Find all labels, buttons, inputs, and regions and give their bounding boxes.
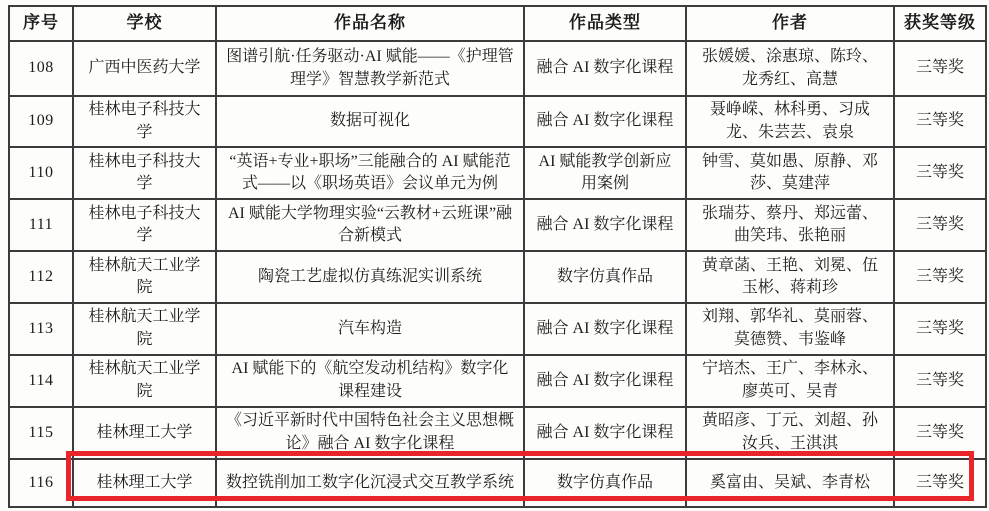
- table-row: 113 桂林航天工业学院 汽车构造 融合 AI 数字化课程 刘翔、郭华礼、莫丽蓉…: [9, 303, 986, 354]
- cell-school: 桂林电子科技大学: [73, 147, 216, 199]
- cell-no: 111: [9, 199, 73, 251]
- cell-authors: 刘翔、郭华礼、莫丽蓉、莫德赞、韦鉴峰: [686, 303, 894, 354]
- cell-type: 融合 AI 数字化课程: [524, 303, 686, 354]
- cell-award: 三等奖: [894, 459, 986, 507]
- cell-title: 数据可视化: [216, 96, 524, 147]
- cell-award: 三等奖: [894, 41, 986, 96]
- cell-award: 三等奖: [894, 96, 986, 147]
- award-list-document: 序号 学校 作品名称 作品类型 作者 获奖等级 108 广西中医药大学 图谱引航…: [0, 0, 989, 511]
- table-row: 116 桂林理工大学 数控铣削加工数字化沉浸式交互教学系统 数字仿真作品 奚富由…: [9, 459, 986, 507]
- cell-authors: 黄章菡、王艳、刘冕、伍玉彬、蒋莉珍: [686, 251, 894, 303]
- cell-award: 三等奖: [894, 147, 986, 199]
- cell-title: AI 赋能大学物理实验“云教材+云班课”融合新模式: [216, 199, 524, 251]
- cell-type: 融合 AI 数字化课程: [524, 41, 686, 96]
- cell-type: 数字仿真作品: [524, 459, 686, 507]
- cell-no: 115: [9, 407, 73, 459]
- cell-type: 融合 AI 数字化课程: [524, 199, 686, 251]
- cell-title: 《习近平新时代中国特色社会主义思想概论》融合 AI 数字化课程: [216, 407, 524, 459]
- table-row: 115 桂林理工大学 《习近平新时代中国特色社会主义思想概论》融合 AI 数字化…: [9, 407, 986, 459]
- cell-award: 三等奖: [894, 199, 986, 251]
- cell-no: 116: [9, 459, 73, 507]
- table-row: 111 桂林电子科技大学 AI 赋能大学物理实验“云教材+云班课”融合新模式 融…: [9, 199, 986, 251]
- cell-authors: 张瑞芬、蔡丹、郑远蕾、曲笑玮、张艳丽: [686, 199, 894, 251]
- cell-title: AI 赋能下的《航空发动机结构》数字化课程建设: [216, 355, 524, 407]
- cell-title: 汽车构造: [216, 303, 524, 354]
- cell-no: 114: [9, 355, 73, 407]
- cell-type: 融合 AI 数字化课程: [524, 96, 686, 147]
- table-body: 108 广西中医药大学 图谱引航·任务驱动·AI 赋能——《护理管理学》智慧教学…: [9, 41, 986, 507]
- cell-school: 桂林航天工业学院: [73, 251, 216, 303]
- cell-no: 113: [9, 303, 73, 354]
- cell-authors: 黄昭彦、丁元、刘超、孙汝兵、王淇淇: [686, 407, 894, 459]
- cell-school: 桂林理工大学: [73, 459, 216, 507]
- header-title: 作品名称: [216, 6, 524, 41]
- cell-authors: 钟雪、莫如愚、原静、邓莎、莫建萍: [686, 147, 894, 199]
- cell-title: “英语+专业+职场”三能融合的 AI 赋能范式——以《职场英语》会议单元为例: [216, 147, 524, 199]
- cell-award: 三等奖: [894, 251, 986, 303]
- table-row: 114 桂林航天工业学院 AI 赋能下的《航空发动机结构》数字化课程建设 融合 …: [9, 355, 986, 407]
- header-authors: 作者: [686, 6, 894, 41]
- cell-school: 桂林航天工业学院: [73, 303, 216, 354]
- cell-no: 109: [9, 96, 73, 147]
- cell-school: 桂林电子科技大学: [73, 96, 216, 147]
- cell-award: 三等奖: [894, 407, 986, 459]
- header-type: 作品类型: [524, 6, 686, 41]
- cell-type: AI 赋能教学创新应用案例: [524, 147, 686, 199]
- table-row: 112 桂林航天工业学院 陶瓷工艺虚拟仿真练泥实训系统 数字仿真作品 黄章菡、王…: [9, 251, 986, 303]
- cell-title: 图谱引航·任务驱动·AI 赋能——《护理管理学》智慧教学新范式: [216, 41, 524, 96]
- cell-authors: 宁培杰、王广、李林永、廖英可、吴青: [686, 355, 894, 407]
- cell-award: 三等奖: [894, 303, 986, 354]
- table-row: 109 桂林电子科技大学 数据可视化 融合 AI 数字化课程 聂峥嵘、林科勇、习…: [9, 96, 986, 147]
- table-row: 110 桂林电子科技大学 “英语+专业+职场”三能融合的 AI 赋能范式——以《…: [9, 147, 986, 199]
- cell-type: 融合 AI 数字化课程: [524, 407, 686, 459]
- cell-title: 数控铣削加工数字化沉浸式交互教学系统: [216, 459, 524, 507]
- cell-no: 110: [9, 147, 73, 199]
- table-row: 108 广西中医药大学 图谱引航·任务驱动·AI 赋能——《护理管理学》智慧教学…: [9, 41, 986, 96]
- header-award: 获奖等级: [894, 6, 986, 41]
- cell-title: 陶瓷工艺虚拟仿真练泥实训系统: [216, 251, 524, 303]
- cell-no: 112: [9, 251, 73, 303]
- award-table: 序号 学校 作品名称 作品类型 作者 获奖等级 108 广西中医药大学 图谱引航…: [8, 5, 987, 508]
- cell-school: 桂林理工大学: [73, 407, 216, 459]
- cell-award: 三等奖: [894, 355, 986, 407]
- cell-type: 融合 AI 数字化课程: [524, 355, 686, 407]
- cell-type: 数字仿真作品: [524, 251, 686, 303]
- cell-no: 108: [9, 41, 73, 96]
- header-no: 序号: [9, 6, 73, 41]
- cell-authors: 张媛媛、涂惠琼、陈玲、龙秀红、高慧: [686, 41, 894, 96]
- header-school: 学校: [73, 6, 216, 41]
- cell-school: 桂林电子科技大学: [73, 199, 216, 251]
- cell-school: 桂林航天工业学院: [73, 355, 216, 407]
- cell-authors: 奚富由、吴斌、李青松: [686, 459, 894, 507]
- table-header: 序号 学校 作品名称 作品类型 作者 获奖等级: [9, 6, 986, 41]
- cell-authors: 聂峥嵘、林科勇、习成龙、朱芸芸、袁泉: [686, 96, 894, 147]
- cell-school: 广西中医药大学: [73, 41, 216, 96]
- header-row: 序号 学校 作品名称 作品类型 作者 获奖等级: [9, 6, 986, 41]
